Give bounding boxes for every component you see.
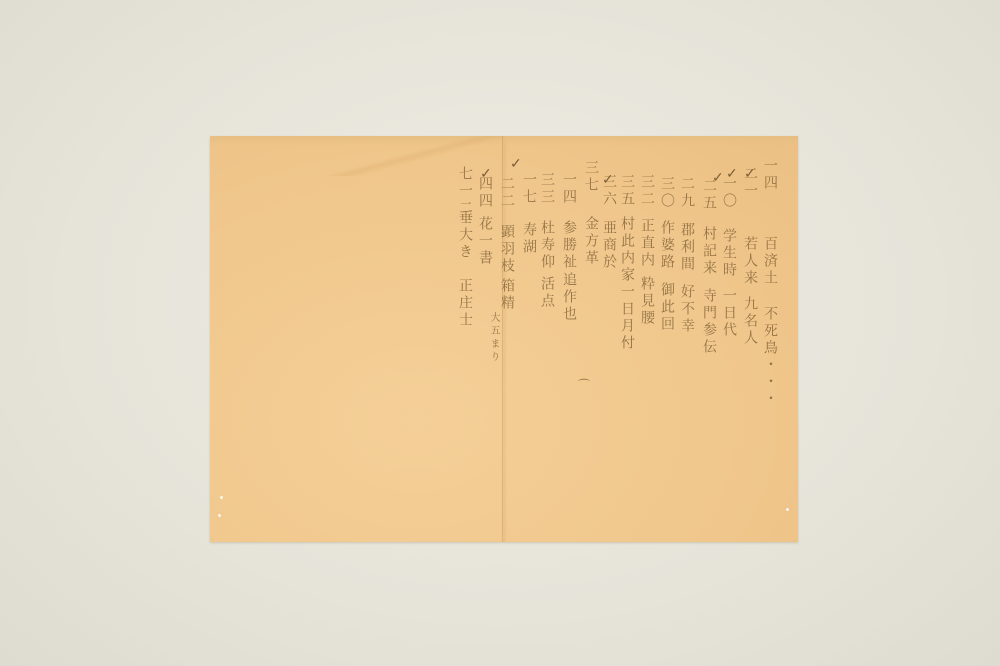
entry-title: 参勝祉 — [562, 220, 576, 271]
entry-number: 二二 — [500, 176, 514, 210]
entry-note: 九名人 — [743, 296, 757, 347]
entry-note: 箱精 — [500, 278, 514, 312]
paper-crease — [300, 136, 530, 176]
entry-number: 一四 — [763, 158, 777, 192]
entry-number: 三五 — [620, 174, 634, 208]
entry-title: 寿湖 — [522, 222, 536, 256]
ink-dot: · — [624, 334, 628, 348]
entry-note: 御此回 — [660, 282, 674, 333]
entry-title: 亜商於 — [602, 220, 616, 271]
entry-title: 村此内家一日月付 — [620, 216, 634, 352]
entry-title: 花一書 — [478, 216, 492, 267]
entry-number: 三六 — [602, 174, 616, 208]
entry-number: 二一 — [743, 166, 757, 200]
entry-note: 一日代 — [722, 288, 736, 339]
pin-hole — [786, 508, 789, 511]
entry-number: 一七 — [522, 172, 536, 206]
check-mark-icon: ✓ — [510, 156, 522, 172]
entry-title: 作婆路 — [660, 220, 674, 271]
entry-note: 寺門参伝 — [702, 288, 716, 356]
entry-title: 顕羽枝 — [500, 224, 514, 275]
entry-title: 百済土 — [763, 236, 777, 287]
entry-number: 三二 — [640, 174, 654, 208]
entry-number: 三七 — [584, 160, 598, 194]
entry-title: 学生時 — [722, 228, 736, 279]
entry-note: 追作也 — [562, 272, 576, 323]
document-sheet: ✓ ✓ ✓ ✓ ✓ ✓ 一四 百済土 不死鳥・・・ 二一 若人来 九名人 一〇 … — [210, 136, 798, 542]
entry-number: 一〇 — [722, 176, 736, 210]
entry-note: 正庄士 — [458, 278, 472, 329]
entry-number: 四四 — [478, 176, 492, 210]
entry-number: 二五 — [702, 178, 716, 212]
ink-mark: ⌒ — [578, 376, 590, 393]
entry-number: 二九 — [680, 176, 694, 210]
entry-note: 好不幸 — [680, 284, 694, 335]
pin-hole — [220, 496, 223, 499]
entry-note: 活点 — [540, 276, 554, 310]
pin-hole — [218, 514, 221, 517]
entry-title: 垂大き — [458, 210, 472, 261]
entry-title: 郡利間 — [680, 222, 694, 273]
entry-note: 粋見腰 — [640, 276, 654, 327]
entry-title: 正直内 — [640, 218, 654, 269]
entry-number: 三〇 — [660, 176, 674, 210]
entry-title: 若人来 — [743, 236, 757, 287]
entry-number: 三三 — [540, 172, 554, 206]
entry-note: 不死鳥・・・ — [763, 306, 777, 408]
entry-title: 金方革 — [584, 216, 598, 267]
extra-note: 大五まり — [488, 312, 498, 364]
entry-number: 一四 — [562, 172, 576, 206]
entry-title: 村記来 — [702, 226, 716, 277]
entry-title: 杜寿仰 — [540, 220, 554, 271]
